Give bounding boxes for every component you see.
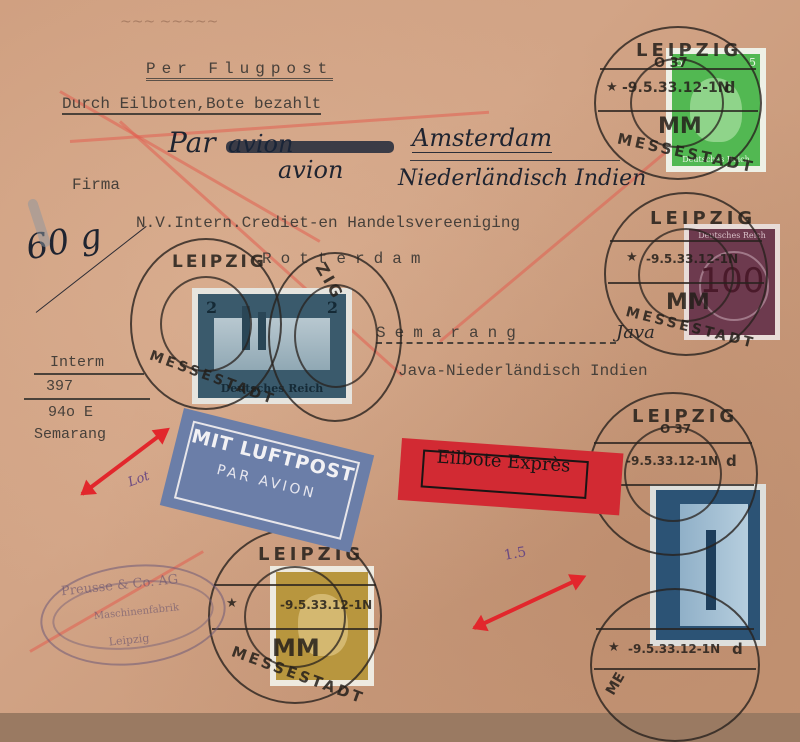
handwritten-indies: Niederländisch Indien xyxy=(398,166,646,191)
handwritten-par: Par xyxy=(168,126,216,159)
reference-line-1: Interm xyxy=(50,354,104,371)
reference-rule xyxy=(24,398,150,400)
service-line: Per Flugpost xyxy=(146,60,333,81)
postmark-leipzig: LEIPZIG O 37 ★ -9.5.33.12-1N d MM MESSES… xyxy=(594,26,762,180)
reference-line-3: 94o E xyxy=(48,404,93,421)
purple-lot-note: Lot xyxy=(126,469,152,491)
address-country: Java-Niederländisch Indien xyxy=(398,362,648,380)
ink-strikethrough xyxy=(226,141,394,153)
postal-cover: ~~~ ~~~~~ Per Flugpost Durch Eilboten,Bo… xyxy=(0,0,800,713)
address-salutation: Firma xyxy=(72,176,120,194)
express-label: Eilbote Exprès xyxy=(398,438,624,515)
reference-line-2: 397 xyxy=(46,378,73,395)
red-arrow xyxy=(473,575,583,629)
postmark-leipzig: LEIPZIG ★ -9.5.33.12-1N MM MESSESTADT xyxy=(208,528,382,704)
reference-line-4: Semarang xyxy=(34,426,106,443)
postmark-leipzig: ZIG xyxy=(268,252,402,422)
handwritten-amsterdam: Amsterdam xyxy=(412,124,552,153)
ink-underline xyxy=(410,160,620,161)
purple-number-note: 1.5 xyxy=(503,544,528,564)
delivery-line: Durch Eilboten,Bote bezahlt xyxy=(62,95,321,115)
handwritten-avion: avion xyxy=(278,156,343,184)
postmark-leipzig: LEIPZIG MESSESTADT xyxy=(130,238,282,410)
airmail-label: MIT LUFTPOST PAR AVION xyxy=(160,408,374,552)
sender-cachet: Preusse & Co. AG Maschinenfabrik Leipzig xyxy=(35,556,230,675)
address-company: N.V.Intern.Crediet-en Handelsvereeniging xyxy=(136,214,520,232)
faint-pencil-note: ~~~ ~~~~~ xyxy=(120,14,340,30)
reference-rule xyxy=(34,373,144,375)
address-destination: Semarang xyxy=(376,324,616,344)
postmark-leipzig: LEIPZIG ★ -9.5.33.12-1N MM MESSESTADT xyxy=(604,192,768,356)
